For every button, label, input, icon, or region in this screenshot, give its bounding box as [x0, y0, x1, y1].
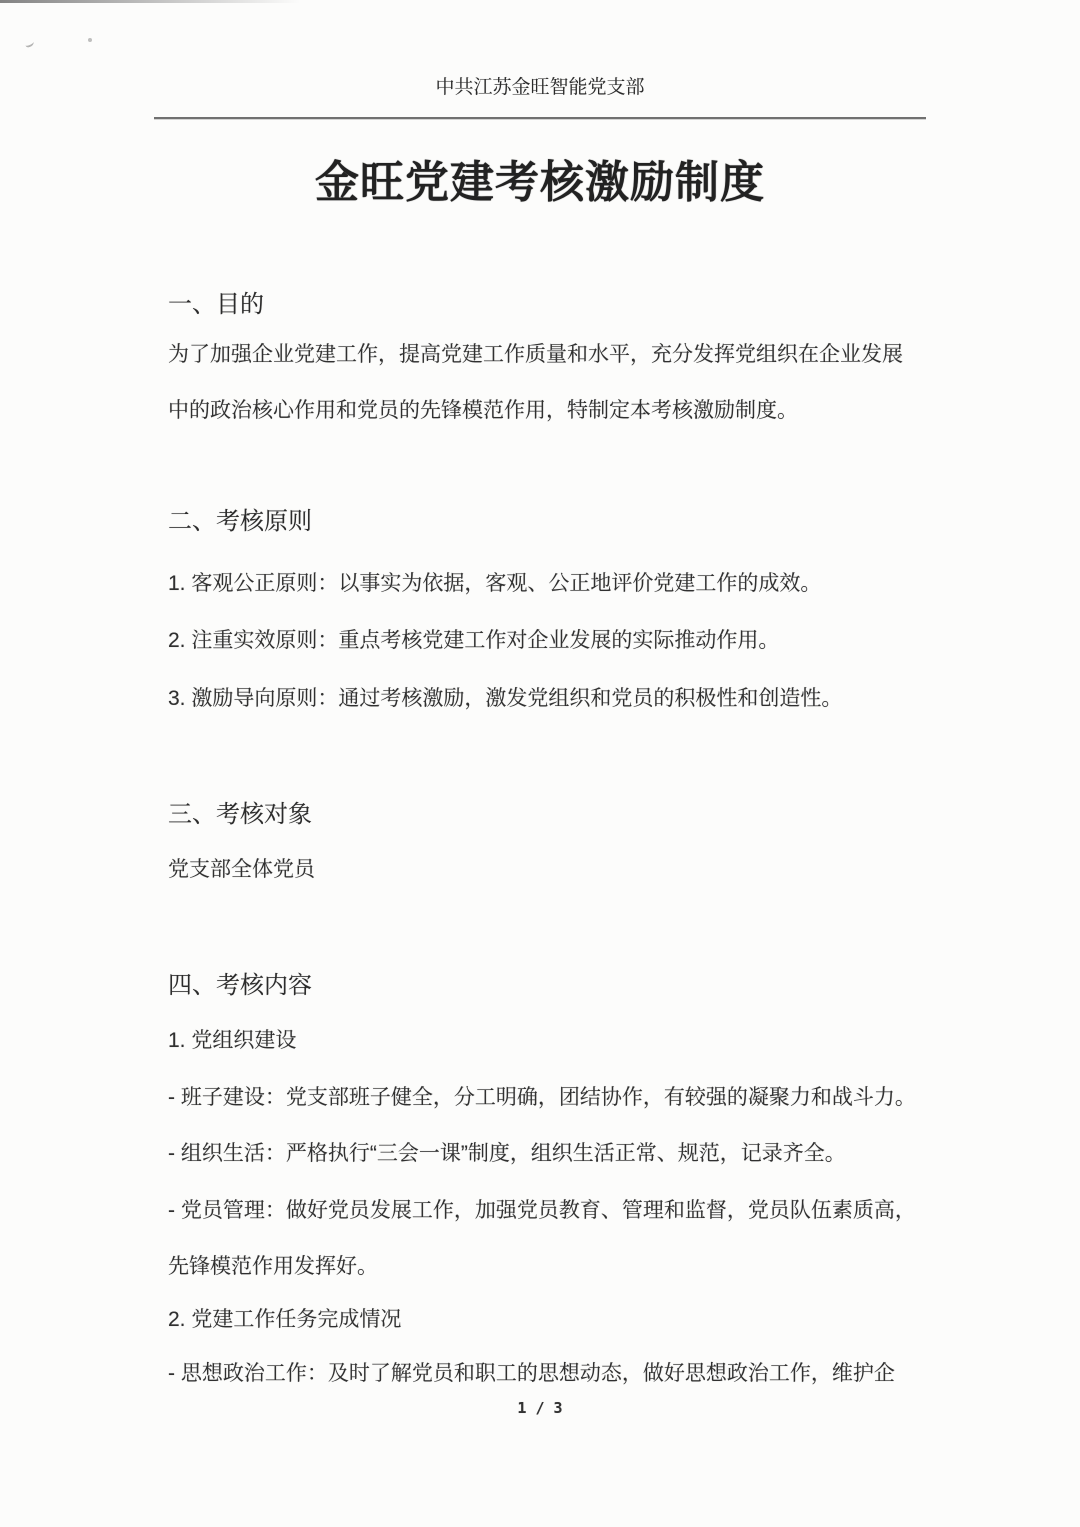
body-line: - 党员管理：做好党员发展工作，加强党员教育、管理和监督，党员队伍素质高， — [168, 1199, 916, 1223]
body-line: - 思想政治工作：及时了解党员和职工的思想动态，做好思想政治工作，维护企 — [168, 1362, 895, 1386]
body-line: - 班子建设：党支部班子健全，分工明确，团结协作，有较强的凝聚力和战斗力。 — [168, 1086, 916, 1110]
body-line: 2. 党建工作任务完成情况 — [168, 1308, 401, 1332]
scan-edge-artifact — [0, 0, 300, 3]
scan-speck — [24, 39, 35, 48]
body-line: 党支部全体党员 — [168, 858, 315, 882]
page-number-indicator: 1 / 3 — [0, 1399, 1080, 1417]
document-header: 中共江苏金旺智能党支部 — [0, 72, 1080, 99]
scan-speck — [88, 38, 92, 42]
section-heading-content: 四、考核内容 — [168, 972, 312, 1000]
section-heading-principles: 二、考核原则 — [168, 508, 312, 536]
section-heading-purpose: 一、目的 — [168, 291, 264, 319]
body-line: 1. 党组织建设 — [168, 1029, 296, 1053]
scanned-document-page: 中共江苏金旺智能党支部 金旺党建考核激励制度 一、目的 为了加强企业党建工作，提… — [0, 0, 1080, 1527]
body-line: 3. 激励导向原则：通过考核激励，激发党组织和党员的积极性和创造性。 — [168, 687, 842, 711]
body-line: - 组织生活：严格执行“三会一课”制度，组织生活正常、规范，记录齐全。 — [168, 1142, 846, 1166]
body-line: 1. 客观公正原则：以事实为依据，客观、公正地评价党建工作的成效。 — [168, 572, 821, 596]
document-title: 金旺党建考核激励制度 — [0, 146, 1080, 210]
body-line: 先锋模范作用发挥好。 — [168, 1255, 378, 1279]
section-heading-targets: 三、考核对象 — [168, 801, 312, 829]
body-line: 中的政治核心作用和党员的先锋模范作用，特制定本考核激励制度。 — [168, 399, 798, 423]
header-divider-rule — [154, 117, 926, 119]
body-line: 2. 注重实效原则：重点考核党建工作对企业发展的实际推动作用。 — [168, 629, 779, 653]
body-line: 为了加强企业党建工作，提高党建工作质量和水平，充分发挥党组织在企业发展 — [168, 343, 903, 367]
